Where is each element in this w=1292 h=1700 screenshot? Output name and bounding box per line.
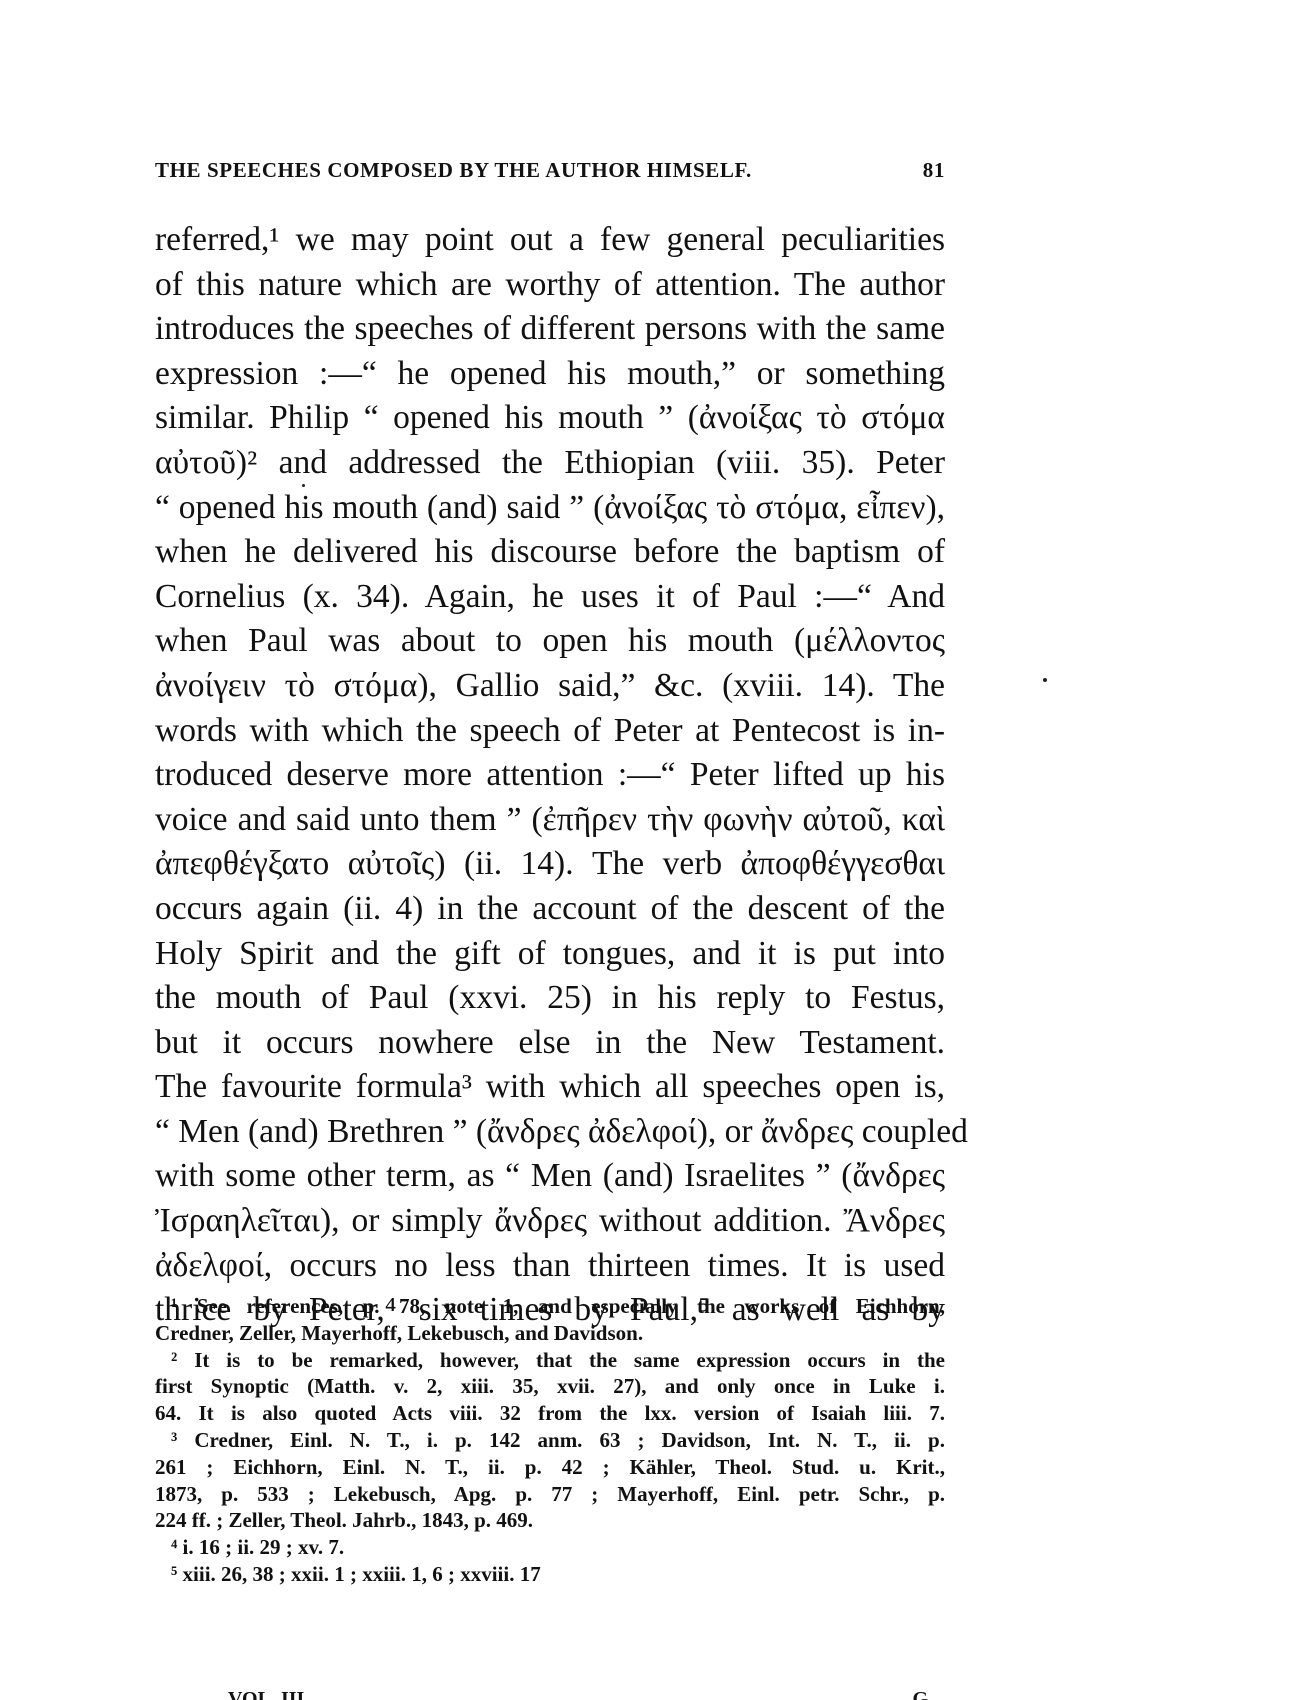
body-line: similar. Philip “ opened his mouth ” (ἀν… <box>155 396 945 441</box>
body-line: the mouth of Paul (xxvi. 25) in his repl… <box>155 976 945 1021</box>
page-number: 81 <box>923 158 945 183</box>
volume-signature: VOL. III. <box>228 1688 309 1700</box>
running-head: THE SPEECHES COMPOSED BY THE AUTHOR HIMS… <box>155 158 945 183</box>
footnote-line: ⁵ xiii. 26, 38 ; xxii. 1 ; xxiii. 1, 6 ;… <box>155 1561 945 1588</box>
body-line: when Paul was about to open his mouth (μ… <box>155 619 945 664</box>
body-line: but it occurs nowhere else in the New Te… <box>155 1021 945 1066</box>
footnote-3: ³ Credner, Einl. N. T., i. p. 142 anm. 6… <box>155 1427 945 1534</box>
body-line: Ἰσραηλεῖται), or simply ἄνδρες without a… <box>155 1199 945 1244</box>
body-line: The favourite formula³ with which all sp… <box>155 1065 945 1110</box>
body-line: “ Men (and) Brethren ” (ἄνδρες ἀδελφοί),… <box>155 1110 945 1155</box>
footnote-1: ¹ See references, p. 78, note 1, and esp… <box>155 1293 945 1347</box>
book-page: THE SPEECHES COMPOSED BY THE AUTHOR HIMS… <box>0 0 1292 1700</box>
body-line: of this nature which are worthy of atten… <box>155 263 945 308</box>
footnote-line: first Synoptic (Matth. v. 2, xiii. 35, x… <box>155 1373 945 1400</box>
footnote-4: ⁴ i. 16 ; ii. 29 ; xv. 7. <box>155 1534 945 1561</box>
footnote-line: Credner, Zeller, Mayerhoff, Lekebusch, a… <box>155 1320 945 1347</box>
body-line: when he delivered his discourse before t… <box>155 530 945 575</box>
gathering-signature: G <box>912 1688 928 1700</box>
body-line: voice and said unto them ” (ἐπῆρεν τὴν φ… <box>155 798 945 843</box>
body-line: troduced deserve more attention :—“ Pete… <box>155 753 945 798</box>
body-line: ἀπεφθέγξατο αὐτοῖς) (ii. 14). The verb ἀ… <box>155 842 945 887</box>
footnote-line: ² It is to be remarked, however, that th… <box>155 1347 945 1374</box>
body-line: “ opened his mouth (and) said ” (ἀνοίξας… <box>155 486 945 531</box>
scan-speck <box>1043 678 1047 682</box>
body-line: referred,¹ we may point out a few genera… <box>155 218 945 263</box>
footnote-line: ³ Credner, Einl. N. T., i. p. 142 anm. 6… <box>155 1427 945 1454</box>
footnote-2: ² It is to be remarked, however, that th… <box>155 1347 945 1427</box>
footnote-line: ⁴ i. 16 ; ii. 29 ; xv. 7. <box>155 1534 945 1561</box>
body-line: introduces the speeches of different per… <box>155 307 945 352</box>
footnotes: ¹ See references, p. 78, note 1, and esp… <box>155 1293 945 1588</box>
footnote-line: 224 ff. ; Zeller, Theol. Jahrb., 1843, p… <box>155 1507 945 1534</box>
footnote-5: ⁵ xiii. 26, 38 ; xxii. 1 ; xxiii. 1, 6 ;… <box>155 1561 945 1588</box>
footnote-line: 1873, p. 533 ; Lekebusch, Apg. p. 77 ; M… <box>155 1481 945 1508</box>
body-line: words with which the speech of Peter at … <box>155 709 945 754</box>
signature-line: VOL. III. G <box>228 1688 928 1700</box>
body-line: occurs again (ii. 4) in the account of t… <box>155 887 945 932</box>
footnote-line: ¹ See references, p. 78, note 1, and esp… <box>155 1293 945 1320</box>
running-head-title: THE SPEECHES COMPOSED BY THE AUTHOR HIMS… <box>155 158 752 183</box>
footnote-line: 64. It is also quoted Acts viii. 32 from… <box>155 1400 945 1427</box>
body-text: referred,¹ we may point out a few genera… <box>155 218 945 1333</box>
body-line: Cornelius (x. 34). Again, he uses it of … <box>155 575 945 620</box>
body-line: ἀδελφοί, occurs no less than thirteen ti… <box>155 1244 945 1289</box>
body-line: ἀνοίγειν τὸ στόμα), Gallio said,” &c. (x… <box>155 664 945 709</box>
body-line: Holy Spirit and the gift of tongues, and… <box>155 932 945 977</box>
body-line: expression :—“ he opened his mouth,” or … <box>155 352 945 397</box>
footnote-line: 261 ; Eichhorn, Einl. N. T., ii. p. 42 ;… <box>155 1454 945 1481</box>
body-line: αὐτοῦ)² and addressed the Ethiopian (vii… <box>155 441 945 486</box>
scan-speck <box>302 484 305 487</box>
body-line: with some other term, as “ Men (and) Isr… <box>155 1154 945 1199</box>
